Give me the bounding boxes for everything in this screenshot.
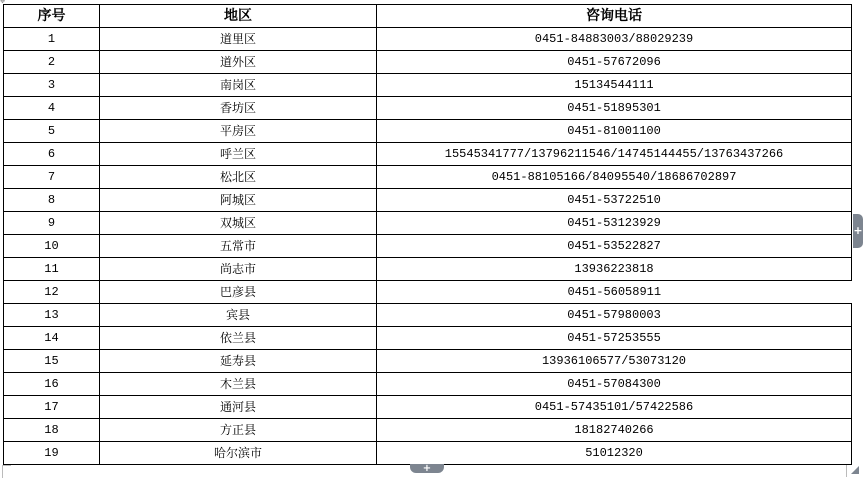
cell-serial-number[interactable]: 1 bbox=[4, 28, 100, 51]
cell-phone[interactable]: 0451-57980003 bbox=[377, 304, 852, 327]
cell-area[interactable]: 依兰县 bbox=[100, 327, 377, 350]
cell-serial-number[interactable]: 13 bbox=[4, 304, 100, 327]
table-row: 9双城区0451-53123929 bbox=[4, 212, 852, 235]
cell-serial-number[interactable]: 6 bbox=[4, 143, 100, 166]
cell-serial-number[interactable]: 9 bbox=[4, 212, 100, 235]
consultation-phone-table: 序号 地区 咨询电话 1道里区0451-84883003/880292392道外… bbox=[3, 4, 852, 465]
add-row-button[interactable]: + bbox=[410, 464, 444, 473]
cell-phone[interactable]: 0451-53522827 bbox=[377, 235, 852, 258]
cell-serial-number[interactable]: 18 bbox=[4, 419, 100, 442]
add-column-button[interactable]: + bbox=[853, 214, 863, 248]
cell-serial-number[interactable]: 12 bbox=[4, 281, 100, 304]
cell-phone[interactable]: 0451-53123929 bbox=[377, 212, 852, 235]
cell-phone[interactable]: 13936106577/53073120 bbox=[377, 350, 852, 373]
cell-phone[interactable]: 18182740266 bbox=[377, 419, 852, 442]
cell-serial-number[interactable]: 7 bbox=[4, 166, 100, 189]
table-row: 14依兰县0451-57253555 bbox=[4, 327, 852, 350]
cell-serial-number[interactable]: 2 bbox=[4, 51, 100, 74]
cell-phone[interactable]: 51012320 bbox=[377, 442, 852, 465]
cell-serial-number[interactable]: 17 bbox=[4, 396, 100, 419]
table-row: 6呼兰区15545341777/13796211546/14745144455/… bbox=[4, 143, 852, 166]
table-row: 19哈尔滨市51012320 bbox=[4, 442, 852, 465]
table-row: 5平房区0451-81001100 bbox=[4, 120, 852, 143]
table-row: 10五常市0451-53522827 bbox=[4, 235, 852, 258]
cell-area[interactable]: 呼兰区 bbox=[100, 143, 377, 166]
cell-serial-number[interactable]: 5 bbox=[4, 120, 100, 143]
cell-phone[interactable]: 0451-81001100 bbox=[377, 120, 852, 143]
cell-area[interactable]: 尚志市 bbox=[100, 258, 377, 281]
cell-phone[interactable]: 0451-88105166/84095540/18686702897 bbox=[377, 166, 852, 189]
cell-serial-number[interactable]: 19 bbox=[4, 442, 100, 465]
cell-area[interactable]: 巴彦县 bbox=[100, 281, 377, 304]
table-row: 7松北区0451-88105166/84095540/18686702897 bbox=[4, 166, 852, 189]
cell-area[interactable]: 道里区 bbox=[100, 28, 377, 51]
cell-phone[interactable]: 0451-57672096 bbox=[377, 51, 852, 74]
cell-phone[interactable]: 15545341777/13796211546/14745144455/1376… bbox=[377, 143, 852, 166]
cell-area[interactable]: 阿城区 bbox=[100, 189, 377, 212]
cell-area[interactable]: 道外区 bbox=[100, 51, 377, 74]
cell-phone[interactable]: 0451-57253555 bbox=[377, 327, 852, 350]
table-row: 11尚志市13936223818 bbox=[4, 258, 852, 281]
cell-phone[interactable]: 0451-56058911 bbox=[377, 281, 852, 304]
cell-area[interactable]: 香坊区 bbox=[100, 97, 377, 120]
table-resize-handle[interactable] bbox=[846, 465, 859, 477]
cell-area[interactable]: 五常市 bbox=[100, 235, 377, 258]
paragraph-corner-mark bbox=[2, 465, 11, 478]
table-row: 2道外区0451-57672096 bbox=[4, 51, 852, 74]
consultation-phone-table-container: 序号 地区 咨询电话 1道里区0451-84883003/880292392道外… bbox=[3, 4, 852, 465]
cell-area[interactable]: 平房区 bbox=[100, 120, 377, 143]
cell-serial-number[interactable]: 15 bbox=[4, 350, 100, 373]
table-row: 13宾县0451-57980003 bbox=[4, 304, 852, 327]
cell-phone[interactable]: 15134544111 bbox=[377, 74, 852, 97]
cell-serial-number[interactable]: 11 bbox=[4, 258, 100, 281]
header-area: 地区 bbox=[100, 5, 377, 28]
header-serial-number: 序号 bbox=[4, 5, 100, 28]
table-row: 4香坊区0451-51895301 bbox=[4, 97, 852, 120]
table-row: 1道里区0451-84883003/88029239 bbox=[4, 28, 852, 51]
cell-serial-number[interactable]: 4 bbox=[4, 97, 100, 120]
cell-area[interactable]: 松北区 bbox=[100, 166, 377, 189]
cell-area[interactable]: 通河县 bbox=[100, 396, 377, 419]
table-header-row: 序号 地区 咨询电话 bbox=[4, 5, 852, 28]
table-row: 18方正县18182740266 bbox=[4, 419, 852, 442]
table-row: 12巴彦县0451-56058911 bbox=[4, 281, 852, 304]
cell-serial-number[interactable]: 10 bbox=[4, 235, 100, 258]
cell-serial-number[interactable]: 14 bbox=[4, 327, 100, 350]
cell-serial-number[interactable]: 8 bbox=[4, 189, 100, 212]
cell-area[interactable]: 延寿县 bbox=[100, 350, 377, 373]
cell-phone[interactable]: 13936223818 bbox=[377, 258, 852, 281]
cell-phone[interactable]: 0451-53722510 bbox=[377, 189, 852, 212]
plus-icon: + bbox=[853, 224, 862, 237]
table-body: 1道里区0451-84883003/880292392道外区0451-57672… bbox=[4, 28, 852, 465]
cell-area[interactable]: 木兰县 bbox=[100, 373, 377, 396]
cell-serial-number[interactable]: 16 bbox=[4, 373, 100, 396]
cell-area[interactable]: 方正县 bbox=[100, 419, 377, 442]
cell-phone[interactable]: 0451-51895301 bbox=[377, 97, 852, 120]
table-row: 8阿城区0451-53722510 bbox=[4, 189, 852, 212]
table-row: 3南岗区15134544111 bbox=[4, 74, 852, 97]
cell-serial-number[interactable]: 3 bbox=[4, 74, 100, 97]
plus-icon: + bbox=[423, 463, 431, 474]
cell-phone[interactable]: 0451-57084300 bbox=[377, 373, 852, 396]
cell-phone[interactable]: 0451-57435101/57422586 bbox=[377, 396, 852, 419]
header-phone: 咨询电话 bbox=[377, 5, 852, 28]
table-row: 15延寿县13936106577/53073120 bbox=[4, 350, 852, 373]
table-row: 17通河县0451-57435101/57422586 bbox=[4, 396, 852, 419]
cell-area[interactable]: 双城区 bbox=[100, 212, 377, 235]
cell-area[interactable]: 宾县 bbox=[100, 304, 377, 327]
table-row: 16木兰县0451-57084300 bbox=[4, 373, 852, 396]
cell-area[interactable]: 哈尔滨市 bbox=[100, 442, 377, 465]
cell-phone[interactable]: 0451-84883003/88029239 bbox=[377, 28, 852, 51]
cell-area[interactable]: 南岗区 bbox=[100, 74, 377, 97]
